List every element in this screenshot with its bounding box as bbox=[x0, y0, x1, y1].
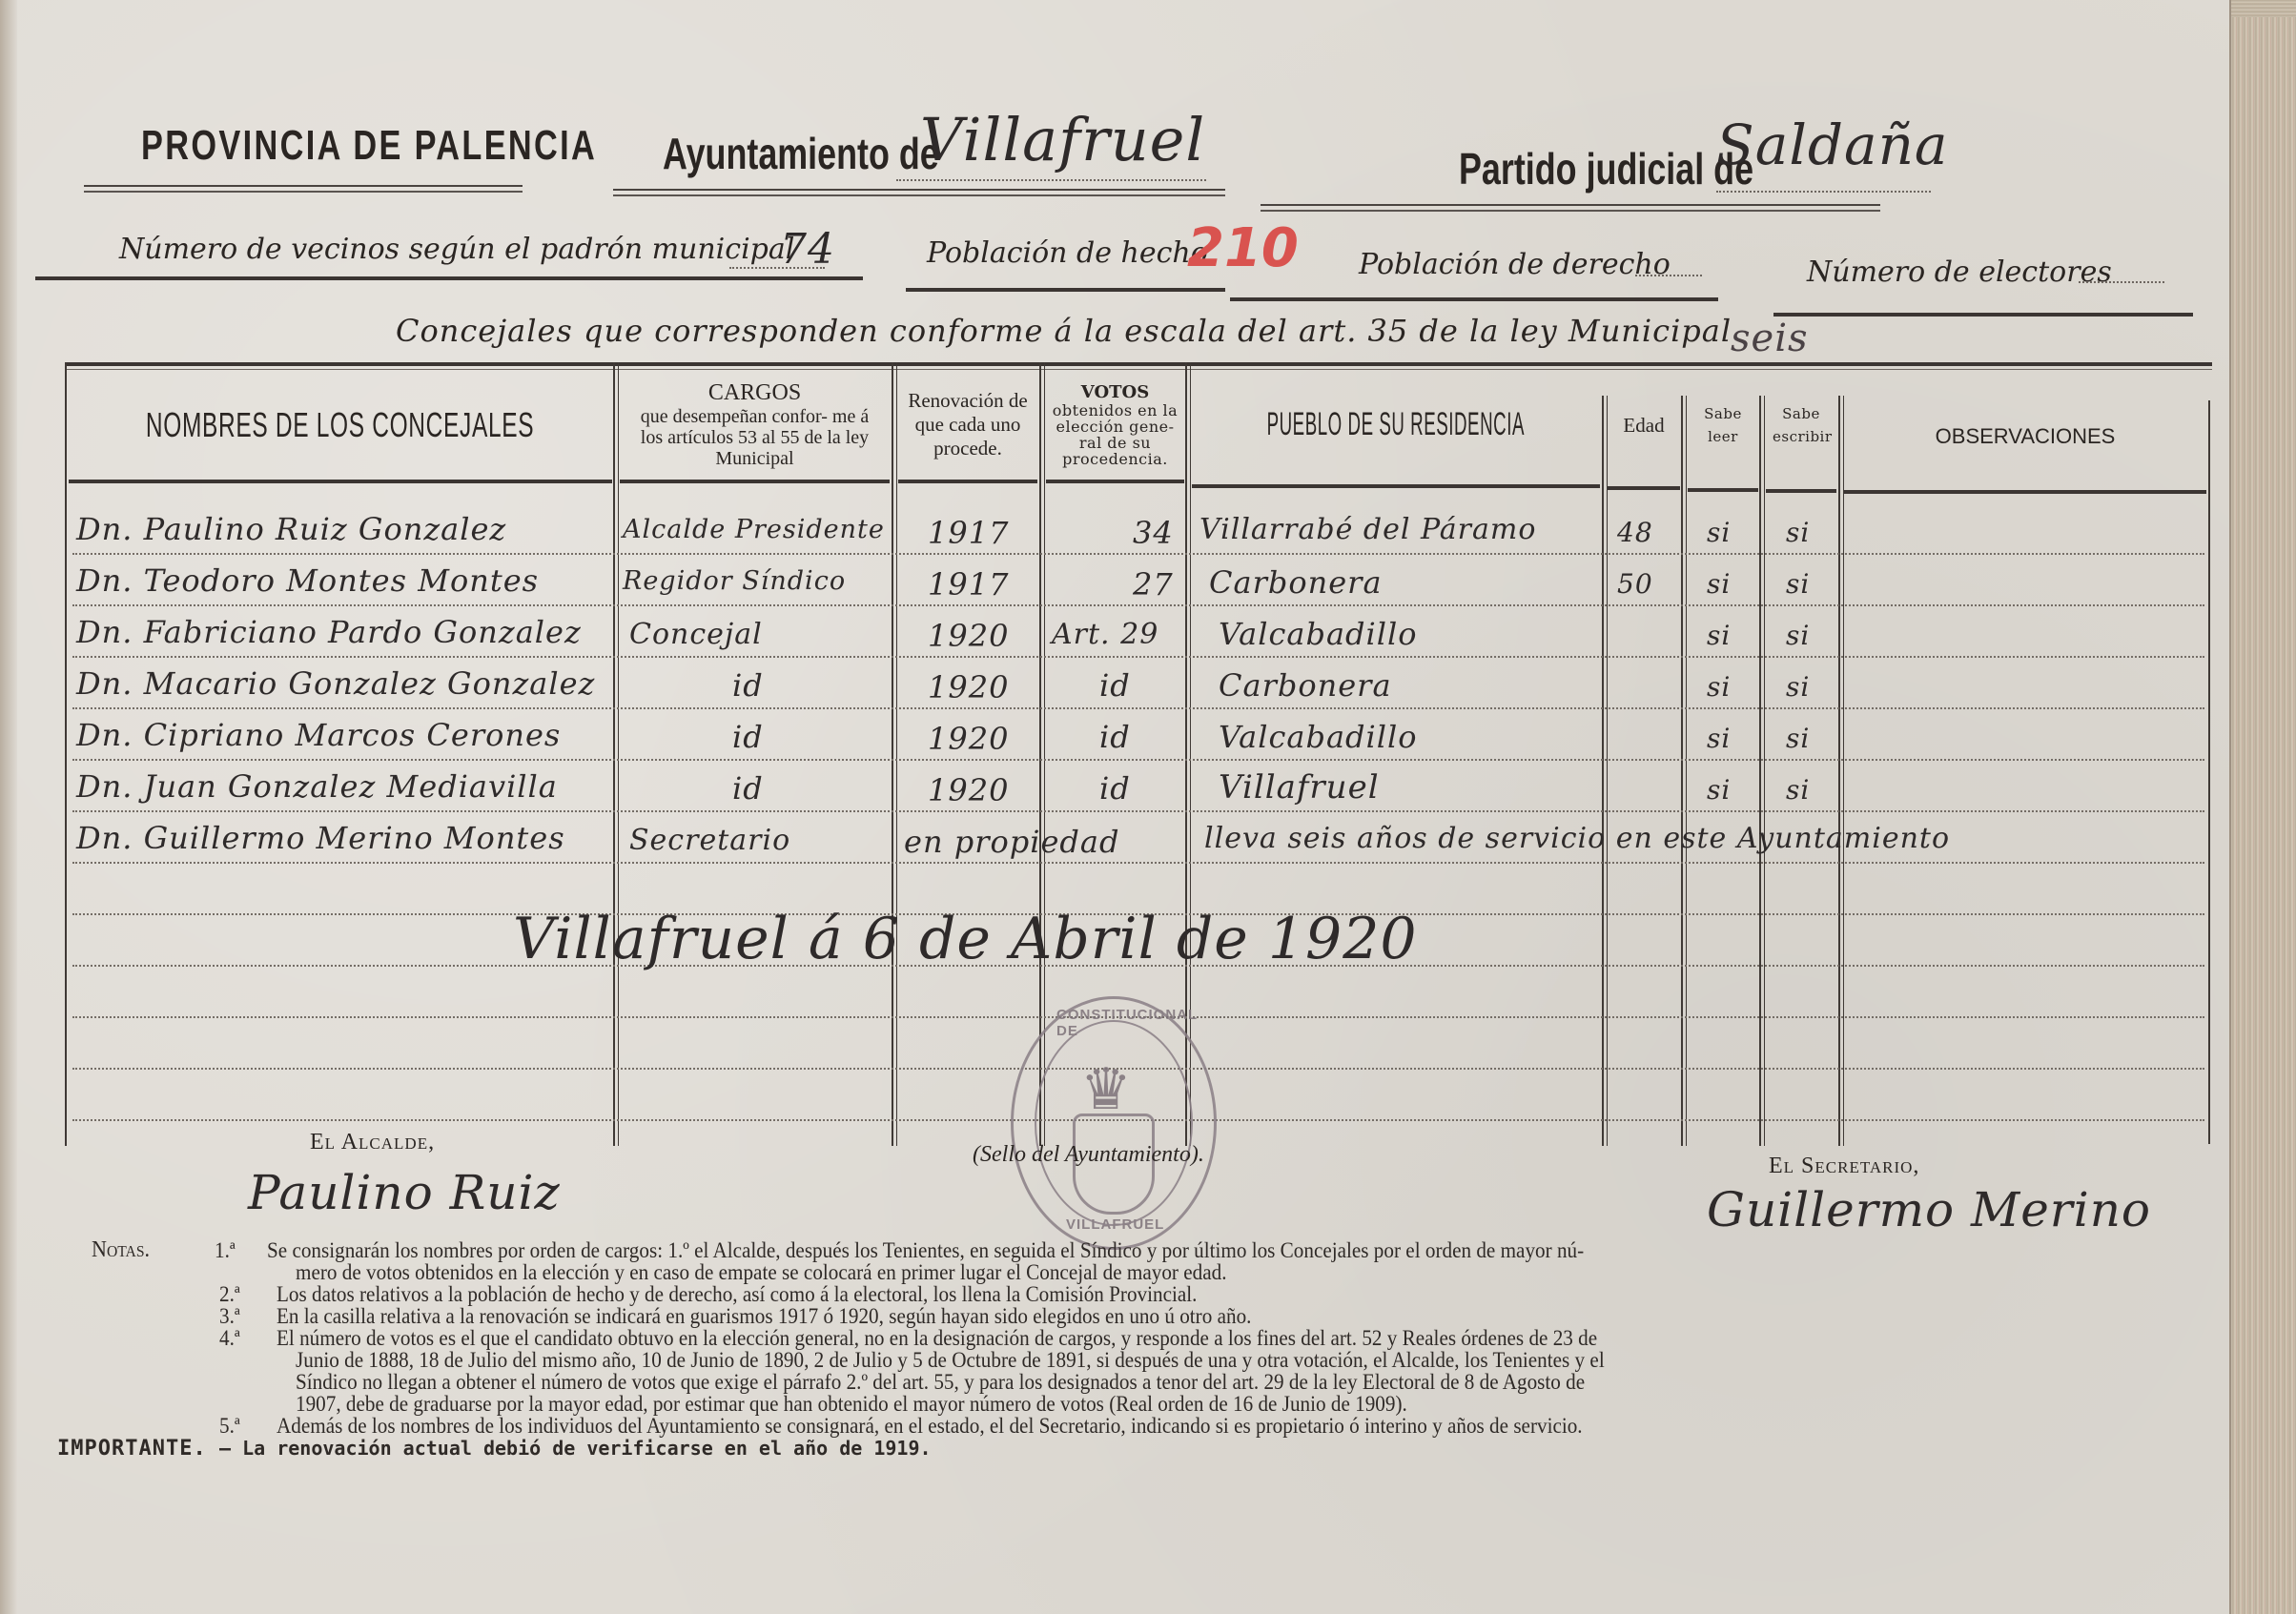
cell-renovacion: 1917 bbox=[928, 566, 1009, 603]
col-divider bbox=[892, 362, 893, 1146]
book-page-edges bbox=[2229, 0, 2296, 1614]
header-nombres: NOMBRES DE LOS CONCEJALES bbox=[69, 370, 612, 480]
header-votos: VOTOS obtenidos en la elección gene- ral… bbox=[1046, 370, 1184, 480]
col-divider bbox=[1759, 396, 1761, 1146]
col-divider bbox=[1838, 396, 1840, 1146]
header-rule bbox=[620, 480, 890, 483]
cell-renovacion: 1920 bbox=[928, 618, 1009, 654]
cell-cargo: id bbox=[732, 770, 764, 807]
cell-renovacion: 1917 bbox=[928, 515, 1009, 551]
note-text: El número de votos es el que el candidat… bbox=[277, 1327, 1597, 1349]
divider bbox=[1230, 297, 1718, 301]
header-rule bbox=[1766, 489, 1836, 493]
place-date: Villafruel á 6 de Abril de 1920 bbox=[513, 906, 1418, 972]
col-divider bbox=[1039, 362, 1041, 1146]
cell-votos: 34 bbox=[1133, 515, 1174, 551]
cell-nombre: Dn. Fabriciano Pardo Gonzalez bbox=[76, 614, 582, 650]
header-rule bbox=[1192, 484, 1600, 488]
cell-cargo: id bbox=[732, 719, 764, 755]
cell-pueblo: lleva seis años de servicio en este Ayun… bbox=[1204, 822, 1950, 855]
cell-nombre: Dn. Juan Gonzalez Mediavilla bbox=[76, 768, 558, 805]
cell-nombre: Dn. Teodoro Montes Montes bbox=[76, 562, 539, 599]
cell-pueblo: Valcabadillo bbox=[1219, 719, 1418, 755]
note-number: 5.ª bbox=[219, 1415, 240, 1437]
cell-pueblo: Villafruel bbox=[1219, 768, 1380, 807]
header-sabe-leer: Sabe leer bbox=[1688, 370, 1758, 480]
cell-cargo: Alcalde Presidente bbox=[623, 515, 885, 544]
cell-leer: si bbox=[1707, 774, 1731, 806]
header-pueblo: PUEBLO DE SU RESIDENCIA bbox=[1192, 370, 1600, 480]
table-top-border bbox=[65, 362, 2212, 366]
poblacion-derecho-label: Población de derecho bbox=[1359, 248, 1671, 281]
divider bbox=[35, 276, 863, 280]
alcalde-label: El Alcalde, bbox=[310, 1130, 435, 1155]
header-observaciones: OBSERVACIONES bbox=[1844, 381, 2206, 491]
cell-renovacion: 1920 bbox=[928, 772, 1009, 808]
cell-votos: id bbox=[1099, 667, 1131, 704]
col-divider bbox=[1681, 396, 1683, 1146]
cell-pueblo: Villarrabé del Páramo bbox=[1199, 513, 1536, 546]
cell-edad: 50 bbox=[1617, 568, 1653, 600]
alcalde-signature: Paulino Ruiz bbox=[248, 1165, 561, 1220]
row-rule bbox=[72, 604, 2204, 606]
cell-escribir: si bbox=[1786, 723, 1810, 754]
header-rule bbox=[69, 480, 612, 483]
provincia-title: PROVINCIA DE PALENCIA bbox=[141, 122, 597, 170]
header-edad: Edad bbox=[1608, 370, 1680, 480]
header-rule bbox=[1046, 480, 1184, 483]
poblacion-hecho-value: 210 bbox=[1187, 217, 1299, 279]
seal-bottom-text: VILLAFRUEL bbox=[1066, 1216, 1164, 1233]
cell-leer: si bbox=[1707, 723, 1731, 754]
note-text: Se consignarán los nombres por orden de … bbox=[267, 1239, 1584, 1261]
col-divider bbox=[613, 362, 615, 1146]
dotted-line bbox=[729, 267, 825, 269]
cell-escribir: si bbox=[1786, 620, 1810, 651]
dotted-line bbox=[1716, 191, 1931, 193]
note-text: Junio de 1888, 18 de Julio del mismo año… bbox=[296, 1349, 1605, 1371]
cell-votos: id bbox=[1099, 770, 1131, 807]
cell-escribir: si bbox=[1786, 774, 1810, 806]
row-rule bbox=[72, 553, 2204, 555]
table-border-left bbox=[65, 362, 67, 1146]
row-rule bbox=[72, 862, 2204, 864]
cell-nombre: Dn. Cipriano Marcos Cerones bbox=[76, 717, 561, 753]
divider bbox=[84, 185, 523, 187]
table-border-right bbox=[2208, 400, 2210, 1144]
cell-pueblo: Carbonera bbox=[1209, 564, 1383, 601]
divider bbox=[1773, 313, 2193, 317]
note-text: En la casilla relativa a la renovación s… bbox=[277, 1305, 1251, 1327]
header-rule bbox=[1688, 488, 1758, 492]
ayuntamiento-value: Villafruel bbox=[920, 105, 1205, 174]
vecinos-label: Número de vecinos según el padrón munici… bbox=[119, 233, 794, 266]
concejales-value: seis bbox=[1731, 317, 1809, 360]
divider bbox=[1261, 204, 1880, 206]
sello-label: (Sello del Ayuntamiento). bbox=[973, 1142, 1204, 1168]
divider bbox=[613, 189, 1225, 191]
concejales-label: Concejales que corresponden conforme á l… bbox=[396, 313, 1732, 349]
note-text: Los datos relativos a la población de he… bbox=[277, 1283, 1197, 1305]
cell-escribir: si bbox=[1786, 568, 1810, 600]
cell-renovacion: 1920 bbox=[928, 669, 1009, 705]
row-rule bbox=[72, 759, 2204, 761]
cell-nombre: Dn. Macario Gonzalez Gonzalez bbox=[76, 665, 595, 702]
cell-nombre: Dn. Guillermo Merino Montes bbox=[76, 820, 565, 856]
poblacion-hecho-label: Población de hecho bbox=[927, 236, 1208, 270]
header-sabe-escribir: Sabe escribir bbox=[1766, 370, 1836, 480]
cell-leer: si bbox=[1707, 568, 1731, 600]
note-number: 3.ª bbox=[219, 1305, 240, 1327]
note-text: 1907, debe de graduarse por la mayor eda… bbox=[296, 1393, 1407, 1415]
header-rule bbox=[898, 480, 1037, 483]
row-rule bbox=[72, 656, 2204, 658]
dotted-line bbox=[896, 179, 1206, 181]
note-number: 4.ª bbox=[219, 1327, 240, 1349]
col-divider bbox=[1602, 396, 1604, 1146]
header-cargos: CARGOS que desempeñan confor- me á los a… bbox=[620, 370, 890, 480]
cell-nombre: Dn. Paulino Ruiz Gonzalez bbox=[76, 511, 506, 547]
cell-renovacion: 1920 bbox=[928, 721, 1009, 757]
document-page: PROVINCIA DE PALENCIA Ayuntamiento de Vi… bbox=[0, 0, 2229, 1614]
cell-leer: si bbox=[1707, 620, 1731, 651]
partido-value: Saldaña bbox=[1716, 112, 1949, 177]
note-number: 1.ª bbox=[215, 1239, 236, 1261]
cell-leer: si bbox=[1707, 517, 1731, 548]
book-binding bbox=[0, 0, 17, 1614]
cell-renovacion: en propiedad bbox=[904, 824, 1119, 860]
partido-label: Partido judicial de bbox=[1459, 143, 1753, 194]
cell-votos: id bbox=[1099, 719, 1131, 755]
notes-label: Notas. bbox=[92, 1239, 150, 1261]
header-rule bbox=[1844, 490, 2206, 494]
row-rule bbox=[72, 810, 2204, 812]
electores-label: Número de electores bbox=[1807, 255, 2112, 289]
dotted-line bbox=[1635, 275, 1702, 276]
cell-edad: 48 bbox=[1617, 517, 1653, 548]
cell-votos: 27 bbox=[1133, 566, 1174, 603]
header-rule bbox=[1608, 486, 1680, 490]
row-rule bbox=[72, 707, 2204, 709]
cell-cargo: id bbox=[732, 667, 764, 704]
cell-pueblo: Carbonera bbox=[1219, 667, 1392, 704]
header-renovacion: Renovación de que cada uno procede. bbox=[898, 370, 1037, 480]
seal-top-text: CONSTITUCIONAL DE bbox=[1056, 1007, 1214, 1039]
secretario-signature: Guillermo Merino bbox=[1707, 1182, 2151, 1237]
note-text: mero de votos obtenidos en la elección y… bbox=[296, 1261, 1226, 1283]
cell-votos: Art. 29 bbox=[1052, 618, 1158, 651]
secretario-label: El Secretario, bbox=[1769, 1154, 1919, 1179]
cell-cargo: Regidor Síndico bbox=[623, 566, 846, 596]
dotted-line bbox=[2079, 281, 2164, 283]
note-text: Síndico no llegan a obtener el número de… bbox=[296, 1371, 1585, 1393]
divider bbox=[906, 288, 1225, 292]
cell-escribir: si bbox=[1786, 671, 1810, 703]
cell-leer: si bbox=[1707, 671, 1731, 703]
cell-cargo: Concejal bbox=[629, 618, 763, 651]
cell-pueblo: Valcabadillo bbox=[1219, 616, 1418, 652]
important-text: — La renovación actual debió de verifica… bbox=[219, 1438, 932, 1460]
ayuntamiento-seal: CONSTITUCIONAL DE VILLAFRUEL ♛ bbox=[1011, 996, 1217, 1250]
important-label: IMPORTANTE. bbox=[57, 1438, 207, 1460]
cell-escribir: si bbox=[1786, 517, 1810, 548]
note-number: 2.ª bbox=[219, 1283, 240, 1305]
note-text: Además de los nombres de los individuos … bbox=[277, 1415, 1583, 1437]
cell-cargo: Secretario bbox=[629, 824, 790, 857]
ayuntamiento-label: Ayuntamiento de bbox=[663, 128, 939, 179]
